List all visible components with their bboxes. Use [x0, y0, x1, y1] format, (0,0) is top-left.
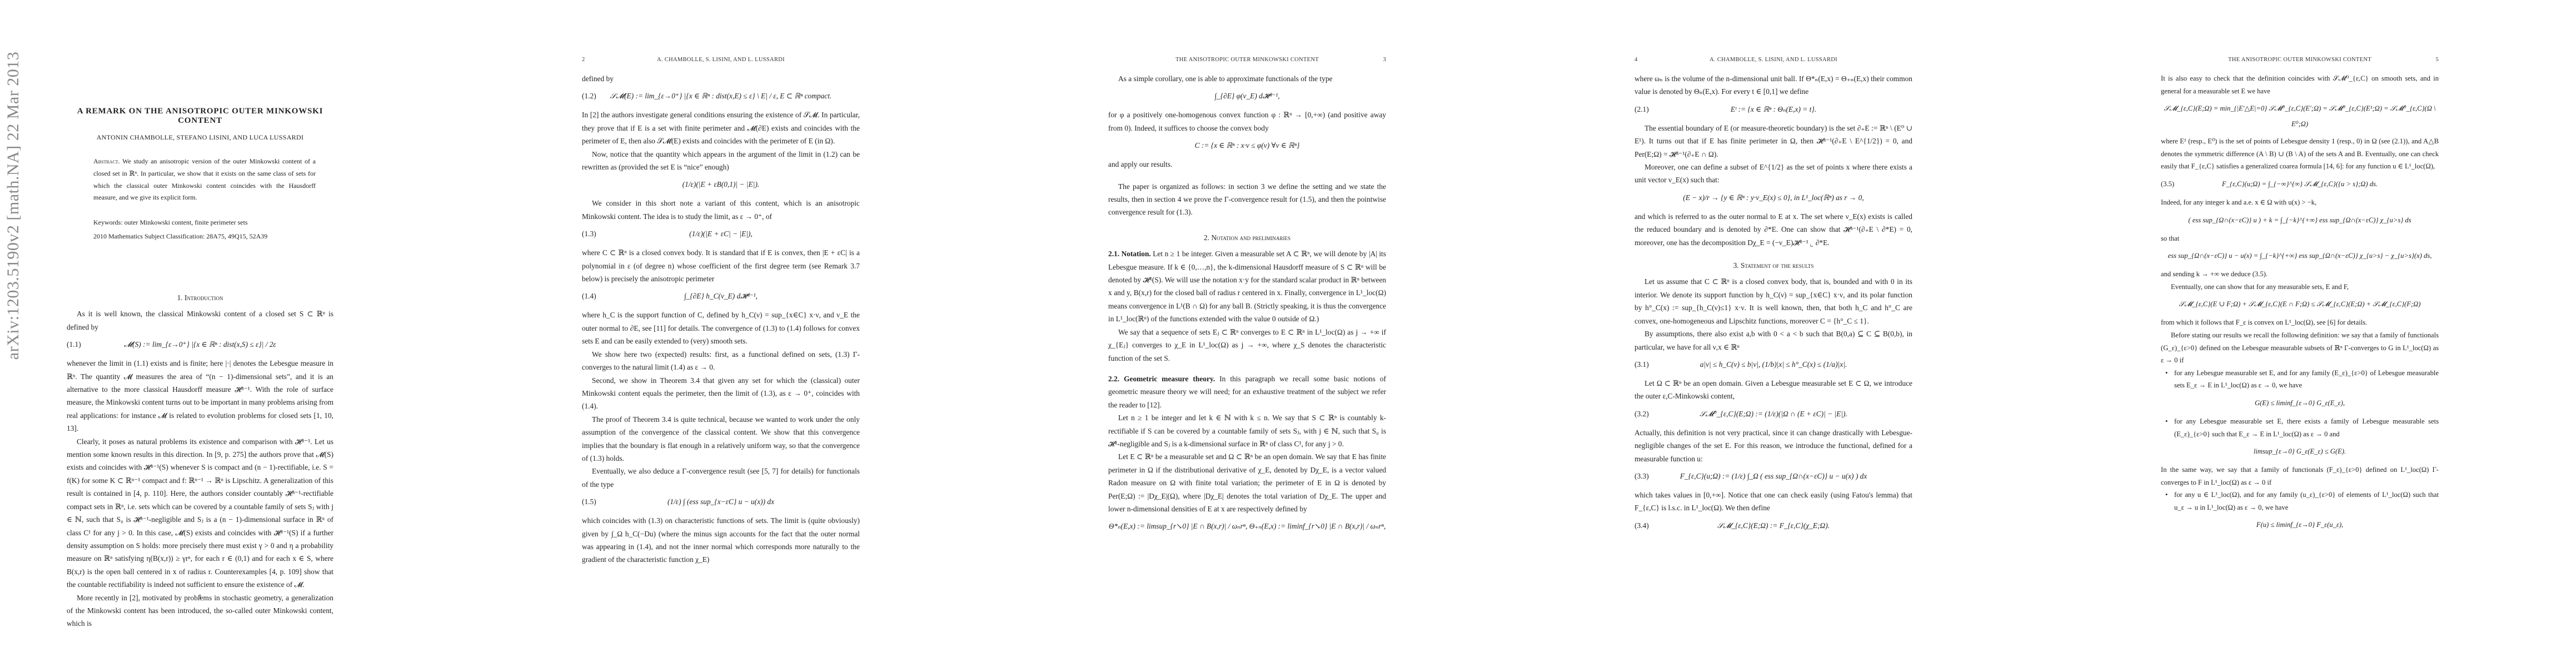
page-1-body: 1. Introduction As it is well known, the…: [67, 285, 333, 630]
paragraph: Second, we show in Theorem 3.4 that give…: [582, 374, 860, 413]
bullet-item: for any Lebesgue measurable set E, and f…: [2161, 367, 2439, 392]
paragraph: from which it follows that F_ε is convex…: [2161, 316, 2439, 329]
paragraph: where C ⊂ ℝⁿ is a closed convex body. It…: [582, 246, 860, 285]
paper-authors: ANTONIN CHAMBOLLE, STEFANO LISINI, AND L…: [67, 133, 333, 142]
page-2: 2 A. CHAMBOLLE, S. LISINI, AND L. LUSSAR…: [526, 0, 1042, 667]
equation-number: (1.5): [582, 494, 596, 510]
equation-2-1: (2.1)Eᵗ := {x ∈ ℝⁿ : Θₙ(E,x) = t}.: [1635, 102, 1912, 118]
arxiv-stamp-text: arXiv:1203.5190v2 [math.NA] 22 Mar 2013: [4, 52, 23, 360]
paragraph: and apply our results.: [1108, 158, 1386, 171]
paragraph: We consider in this short note a variant…: [582, 197, 860, 223]
paragraph: It is also easy to check that the defini…: [2161, 72, 2439, 97]
equation-body: 𝒮𝓜_{ε,C}(E;Ω) = min_{|E′△E|=0} 𝒮𝓜⁰_{ε,C}…: [2164, 104, 2435, 128]
running-head: THE ANISOTROPIC OUTER MINKOWSKI CONTENT: [1108, 57, 1386, 63]
equation: C := {x ∈ ℝⁿ : x·ν ≤ φ(ν) ∀ν ∈ ℝⁿ}: [1108, 138, 1386, 155]
equation-number: (1.3): [582, 226, 596, 242]
paragraph: Let n ≥ 1 be integer and let k ∈ ℕ with …: [1108, 411, 1386, 450]
arxiv-stamp: arXiv:1203.5190v2 [math.NA] 22 Mar 2013: [2, 61, 24, 350]
page-number: 1: [67, 593, 333, 601]
paragraph: In the same way, we say that a family of…: [2161, 464, 2439, 489]
equation-body: (1/ε)(|E + εB(0,1)| − |E|).: [682, 180, 760, 188]
equation-body: ∫_{∂E} h_C(ν_E) d𝓗ⁿ⁻¹,: [684, 292, 758, 300]
equation: ( ess sup_{Ω∩(x−εC)} u ) + k = ∫_{−k}^{+…: [2161, 212, 2439, 229]
paragraph: As a simple corollary, one is able to ap…: [1108, 72, 1386, 85]
equation-body: ∫_{∂E} φ(ν_E) d𝓗ⁿ⁻¹,: [1214, 92, 1279, 100]
running-header: 4 A. CHAMBOLLE, S. LISINI, AND L. LUSSAR…: [1635, 57, 1912, 63]
paragraph: Before stating our results we recall the…: [2161, 329, 2439, 367]
paragraph: which takes values in [0,+∞]. Notice tha…: [1635, 489, 1912, 515]
equation: ∫_{∂E} φ(ν_E) d𝓗ⁿ⁻¹,: [1108, 88, 1386, 105]
paragraph: Let n ≥ 1 be integer. Given a measurable…: [1108, 250, 1386, 323]
paragraph: Let E ⊂ ℝⁿ be a measurable set and Ω ⊂ ℝ…: [1108, 450, 1386, 515]
equation-number: (3.4): [1635, 518, 1649, 534]
bullet-item: for any u ∈ L¹_loc(Ω), and for any famil…: [2161, 489, 2439, 514]
equation: ess sup_{Ω∩(x−εC)} u − u(x) = ∫_{−k}^{+∞…: [2161, 248, 2439, 265]
equation-number: (1.2): [582, 88, 596, 104]
page-4-body: where ωₙ is the volume of the n-dimensio…: [1635, 72, 1912, 538]
equation: F(u) ≤ liminf_{ε→0} F_ε(u_ε),: [2161, 517, 2439, 534]
equation-3-3: (3.3)F_{ε,C}(u;Ω) := (1/ε) ∫_Ω ( ess sup…: [1635, 469, 1912, 485]
running-header: 2 A. CHAMBOLLE, S. LISINI, AND L. LUSSAR…: [582, 57, 860, 63]
equation-1-4: (1.4)∫_{∂E} h_C(ν_E) d𝓗ⁿ⁻¹,: [582, 288, 860, 305]
page-5-body: It is also easy to check that the defini…: [2161, 72, 2439, 537]
equation-body: a|ν| ≤ h_C(ν) ≤ b|ν|, (1/b)|x| ≤ h°_C(x)…: [1700, 360, 1847, 369]
paragraph: The paper is organized as follows: in se…: [1108, 180, 1386, 219]
paragraph: We say that a sequence of sets Eⱼ ⊂ ℝⁿ c…: [1108, 326, 1386, 365]
equation: Θ*ₙ(E,x) := limsup_{r↘0} |E ∩ B(x,r)| / …: [1108, 519, 1386, 535]
subsection-label: 2.1. Notation.: [1108, 250, 1151, 258]
paragraph: Moreover, one can define a subset of E^{…: [1635, 161, 1912, 187]
equation-body: 𝒮𝓜_{ε,C}(E ∪ F;Ω) + 𝒮𝓜_{ε,C}(E ∩ F;Ω) ≤ …: [2179, 300, 2421, 308]
bullet-item: for any Lebesgue measurable set E, there…: [2161, 415, 2439, 440]
paragraph: for φ a positively one-homogenous convex…: [1108, 108, 1386, 135]
paragraph: The proof of Theorem 3.4 is quite techni…: [582, 413, 860, 465]
page-5: THE ANISOTROPIC OUTER MINKOWSKI CONTENT …: [2105, 0, 2576, 667]
page-1: arXiv:1203.5190v2 [math.NA] 22 Mar 2013 …: [0, 0, 515, 667]
paragraph: Eventually, one can show that for any me…: [2161, 281, 2439, 293]
paragraph: Now, notice that the quantity which appe…: [582, 148, 860, 174]
equation-body: 𝓜(S) := lim_{ε→0⁺} |{x ∈ ℝⁿ : dist(x,S) …: [124, 340, 276, 349]
equation-number: (1.1): [67, 337, 81, 352]
paragraph: where ωₙ is the volume of the n-dimensio…: [1635, 72, 1912, 98]
equation-number: (3.3): [1635, 469, 1649, 484]
paragraph: where h_C is the support function of C, …: [582, 308, 860, 347]
paragraph: which coincides with (1.3) on characteri…: [582, 514, 860, 566]
equation-number: (3.5): [2161, 176, 2174, 192]
page-2-body: defined by (1.2)𝒮𝓜(E) := lim_{ε→0⁺} |{x …: [582, 72, 860, 566]
equation-body: ( ess sup_{Ω∩(x−εC)} u ) + k = ∫_{−k}^{+…: [2188, 216, 2411, 224]
equation: (E − x)/r → {y ∈ ℝⁿ : y·ν_E(x) ≤ 0}, in …: [1635, 190, 1912, 207]
equation-3-2: (3.2)𝒮𝓜⁰_{ε,C}(E;Ω) := (1/ε)(|Ω ∩ (E + ε…: [1635, 406, 1912, 423]
running-header: THE ANISOTROPIC OUTER MINKOWSKI CONTENT …: [1108, 57, 1386, 63]
equation-body: 𝒮𝓜(E) := lim_{ε→0⁺} |{x ∈ ℝⁿ : dist(x,E)…: [610, 92, 832, 100]
paragraph: and sending k → +∞ we deduce (3.5).: [2161, 268, 2439, 281]
equation-1-3: (1.3)(1/ε)(|E + εC| − |E|),: [582, 226, 860, 243]
paragraph: By assumptions, there also exist a,b wit…: [1635, 327, 1912, 354]
abstract: Abstract. We study an anisotropic versio…: [93, 156, 316, 204]
paragraph: whenever the limit in (1.1) exists and i…: [67, 357, 333, 435]
section-heading: 1. Introduction: [67, 291, 333, 304]
page-4: 4 A. CHAMBOLLE, S. LISINI, AND L. LUSSAR…: [1579, 0, 2094, 667]
running-header: THE ANISOTROPIC OUTER MINKOWSKI CONTENT …: [2161, 57, 2439, 63]
running-head: A. CHAMBOLLE, S. LISINI, AND L. LUSSARDI: [1635, 57, 1912, 63]
equation-3-4: (3.4)𝒮𝓜_{ε,C}(E;Ω) := F_{ε,C}(χ_E;Ω).: [1635, 518, 1912, 535]
equation-body: (1/ε)(|E + εC| − |E|),: [689, 230, 753, 238]
paragraph: Clearly, it poses as natural problems it…: [67, 435, 333, 591]
equation-3-1: (3.1)a|ν| ≤ h_C(ν) ≤ b|ν|, (1/b)|x| ≤ h°…: [1635, 357, 1912, 374]
equation-1-1: (1.1)𝓜(S) := lim_{ε→0⁺} |{x ∈ ℝⁿ : dist(…: [67, 337, 333, 354]
section-heading: 3. Statement of the results: [1635, 259, 1912, 272]
paragraph: As it is well known, the classical Minko…: [67, 307, 333, 333]
equation: limsup_{ε→0} G_ε(E_ε) ≤ G(E).: [2161, 444, 2439, 460]
paragraph: Let us assume that C ⊂ ℝⁿ is a closed co…: [1635, 275, 1912, 327]
equation-body: F_{ε,C}(u;Ω) = ∫_{−∞}^{∞} 𝒮𝓜_{ε,C}({u > …: [2222, 180, 2378, 188]
keywords: Keywords: outer Minkowski content, finit…: [93, 216, 327, 230]
page-number: 5: [2435, 57, 2439, 63]
paragraph: The essential boundary of E (or measure-…: [1635, 122, 1912, 161]
subsection-label: 2.2. Geometric measure theory.: [1108, 375, 1215, 383]
equation-body: 𝒮𝓜_{ε,C}(E;Ω) := F_{ε,C}(χ_E;Ω).: [1717, 521, 1830, 530]
equation-body: (1/ε) ∫ (ess sup_{x−εC} u − u(x)) dx: [667, 497, 774, 506]
keywords-block: Keywords: outer Minkowski content, finit…: [93, 216, 327, 243]
equation-body: Θ*ₙ(E,x) := limsup_{r↘0} |E ∩ B(x,r)| / …: [1109, 522, 1386, 530]
page-number: 3: [1383, 57, 1386, 63]
paragraph: Indeed, for any integer k and a.e. x ∈ Ω…: [2161, 196, 2439, 209]
equation-number: (3.1): [1635, 357, 1649, 372]
paragraph: where E¹ (resp., E⁰) is the set of point…: [2161, 135, 2439, 173]
running-head: THE ANISOTROPIC OUTER MINKOWSKI CONTENT: [2161, 57, 2439, 63]
paragraph: Let Ω ⊂ ℝⁿ be an open domain. Given a Le…: [1635, 377, 1912, 403]
equation: 𝒮𝓜_{ε,C}(E ∪ F;Ω) + 𝒮𝓜_{ε,C}(E ∩ F;Ω) ≤ …: [2161, 296, 2439, 313]
paragraph: Eventually, we also deduce a Γ-convergen…: [582, 465, 860, 491]
paper-title: A REMARK ON THE ANISOTROPIC OUTER MINKOW…: [67, 107, 333, 126]
equation-1-2: (1.2)𝒮𝓜(E) := lim_{ε→0⁺} |{x ∈ ℝⁿ : dist…: [582, 88, 860, 105]
equation-1-5: (1.5)(1/ε) ∫ (ess sup_{x−εC} u − u(x)) d…: [582, 494, 860, 511]
equation-number: (1.4): [582, 288, 596, 304]
paragraph: In [2] the authors investigate general c…: [582, 108, 860, 147]
equation-body: C := {x ∈ ℝⁿ : x·ν ≤ φ(ν) ∀ν ∈ ℝⁿ}: [1195, 141, 1300, 150]
equation-body: G(E) ≤ liminf_{ε→0} G_ε(E_ε),: [2255, 399, 2345, 407]
equation: (1/ε)(|E + εB(0,1)| − |E|).: [582, 177, 860, 193]
equation-body: limsup_{ε→0} G_ε(E_ε) ≤ G(E).: [2254, 447, 2346, 455]
page-3-body: As a simple corollary, one is able to ap…: [1108, 72, 1386, 539]
equation-body: (E − x)/r → {y ∈ ℝⁿ : y·ν_E(x) ≤ 0}, in …: [1683, 193, 1864, 202]
subsection-2-2: 2.2. Geometric measure theory. In this p…: [1108, 372, 1386, 411]
abstract-label: Abstract.: [93, 157, 120, 165]
equation: 𝒮𝓜_{ε,C}(E;Ω) = min_{|E′△E|=0} 𝒮𝓜⁰_{ε,C}…: [2161, 101, 2439, 132]
paragraph: Actually, this definition is not very pr…: [1635, 426, 1912, 465]
equation-body: F_{ε,C}(u;Ω) := (1/ε) ∫_Ω ( ess sup_{Ω∩(…: [1680, 472, 1867, 480]
paragraph: so that: [2161, 232, 2439, 245]
subsection-2-1: 2.1. Notation. Let n ≥ 1 be integer. Giv…: [1108, 247, 1386, 325]
equation-body: F(u) ≤ liminf_{ε→0} F_ε(u_ε),: [2256, 521, 2343, 529]
msc-classification: 2010 Mathematics Subject Classification:…: [93, 230, 327, 243]
page-3: THE ANISOTROPIC OUTER MINKOWSKI CONTENT …: [1053, 0, 1568, 667]
page-number: 2: [582, 57, 585, 63]
equation-body: Eᵗ := {x ∈ ℝⁿ : Θₙ(E,x) = t}.: [1731, 105, 1816, 113]
equation-body: ess sup_{Ω∩(x−εC)} u − u(x) = ∫_{−k}^{+∞…: [2168, 252, 2432, 260]
paragraph: and which is referred to as the outer no…: [1635, 210, 1912, 249]
paragraph: We show here two (expected) results: fir…: [582, 348, 860, 374]
page-number: 4: [1635, 57, 1638, 63]
equation: G(E) ≤ liminf_{ε→0} G_ε(E_ε),: [2161, 395, 2439, 412]
abstract-text: We study an anisotropic version of the o…: [93, 157, 316, 201]
equation-number: (3.2): [1635, 406, 1649, 422]
equation-3-5: (3.5)F_{ε,C}(u;Ω) = ∫_{−∞}^{∞} 𝒮𝓜_{ε,C}(…: [2161, 176, 2439, 193]
equation-body: 𝒮𝓜⁰_{ε,C}(E;Ω) := (1/ε)(|Ω ∩ (E + εC)| −…: [1700, 410, 1847, 418]
section-heading: 2. Notation and preliminaries: [1108, 231, 1386, 244]
equation-number: (2.1): [1635, 102, 1649, 117]
running-head: A. CHAMBOLLE, S. LISINI, AND L. LUSSARDI: [582, 57, 860, 63]
paragraph: defined by: [582, 72, 860, 85]
